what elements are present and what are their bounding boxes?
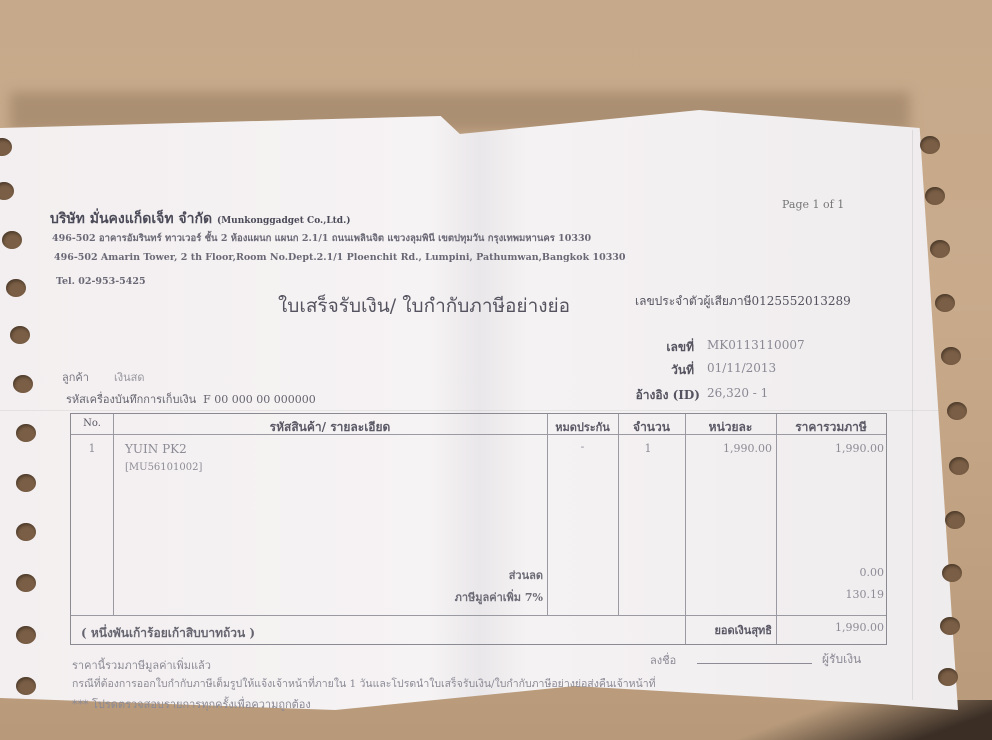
sprocket-hole (16, 424, 36, 442)
sprocket-hole (6, 279, 26, 297)
vat-label: ภาษีมูลค่าเพิ่ม 7% (371, 588, 543, 606)
row-total: 1,990.00 (776, 442, 884, 455)
company-name-th: บริษัท มั่นคงแก็ดเจ็ท จำกัด (50, 211, 212, 227)
company-name-en: (Munkonggadget Co.,Ltd.) (217, 216, 351, 226)
pos-id-label: รหัสเครื่องบันทึกการเก็บเงิน (66, 393, 196, 406)
reference-value: 26,320 - 1 (707, 386, 768, 400)
col-divider (113, 414, 114, 615)
th-unit-price: หน่วยละ (685, 418, 776, 437)
address-th: 496-502 อาคารอัมรินทร์ ทาวเวอร์ ชั้น 2 ห… (52, 231, 591, 246)
page-indicator: Page 1 of 1 (782, 198, 844, 211)
telephone: Tel. 02-953-5425 (56, 276, 146, 287)
row-warranty: - (547, 440, 618, 453)
check-items-note: *** โปรดตรวจสอบรายการทุกครั้งเพื่อความถู… (72, 695, 311, 713)
sprocket-hole (938, 668, 958, 686)
tax-id-label: เลขประจำตัวผู้เสียภาษี (635, 294, 752, 308)
perforation-line (912, 130, 913, 700)
tax-id: เลขประจำตัวผู้เสียภาษี0125552013289 (635, 292, 851, 311)
row-qty: 1 (618, 442, 678, 455)
net-total-label: ยอดเงินสุทธิ (685, 621, 772, 639)
sprocket-hole (949, 457, 969, 475)
vat-included-note: ราคานี้รวมภาษีมูลค่าเพิ่มแล้ว (72, 656, 211, 674)
th-description: รหัสสินค้า/ รายละเอียด (113, 418, 547, 437)
company-name: บริษัท มั่นคงแก็ดเจ็ท จำกัด (Munkonggadg… (50, 208, 351, 230)
doc-number-label: เลขที่ (624, 338, 694, 357)
totals-divider (71, 615, 886, 616)
date-label: วันที่ (624, 361, 694, 380)
sprocket-hole (16, 626, 36, 644)
discount-label: ส่วนลด (371, 566, 543, 584)
sprocket-hole (920, 136, 940, 154)
row-no: 1 (71, 442, 113, 455)
receiver-label: ผู้รับเงิน (822, 650, 861, 669)
sprocket-hole (947, 402, 967, 420)
sprocket-hole (16, 523, 36, 541)
sprocket-hole (941, 347, 961, 365)
sprocket-hole (935, 294, 955, 312)
signature-line (697, 663, 812, 664)
row-item-name: YUIN PK2 (125, 442, 187, 456)
doc-number-value: MK0113110007 (707, 338, 805, 352)
document-title: ใบเสร็จรับเงิน/ ใบกำกับภาษีอย่างย่อ (278, 291, 570, 321)
sprocket-hole (940, 617, 960, 635)
th-no: No. (71, 418, 113, 429)
sprocket-hole (2, 231, 22, 249)
items-table: No. รหัสสินค้า/ รายละเอียด หมดประกัน จำน… (70, 413, 887, 645)
sign-label: ลงชื่อ (650, 651, 676, 669)
sprocket-hole (945, 511, 965, 529)
sprocket-hole (16, 474, 36, 492)
net-total-value: 1,990.00 (776, 621, 884, 634)
th-warranty: หมดประกัน (547, 418, 618, 436)
date-value: 01/11/2013 (707, 361, 776, 375)
full-invoice-note: กรณีที่ต้องการออกใบกำกับภาษีเต็มรูปให้แจ… (72, 675, 656, 692)
address-en: 496-502 Amarin Tower, 2 th Floor,Room No… (54, 252, 626, 263)
th-total: ราคารวมภาษี (776, 418, 886, 437)
pos-id-value: F 00 000 00 000000 (203, 393, 316, 406)
paper-fold (0, 410, 958, 411)
sprocket-hole (16, 677, 36, 695)
vat-value: 130.19 (776, 588, 884, 601)
row-item-code: [MU56101002] (125, 462, 202, 473)
reference-label: อ้างอิง (ID) (604, 386, 700, 405)
customer-label: ลูกค้า (62, 368, 89, 386)
th-qty: จำนวน (618, 418, 685, 437)
sprocket-hole (942, 564, 962, 582)
row-unit-price: 1,990.00 (685, 442, 772, 455)
sprocket-hole (16, 574, 36, 592)
sprocket-hole (10, 326, 30, 344)
customer-value: เงินสด (114, 368, 145, 386)
tax-id-value: 0125552013289 (752, 294, 851, 308)
sprocket-hole (930, 240, 950, 258)
sprocket-hole (925, 187, 945, 205)
pos-id: รหัสเครื่องบันทึกการเก็บเงิน F 00 000 00… (66, 390, 316, 408)
discount-value: 0.00 (776, 566, 884, 579)
sprocket-hole (13, 375, 33, 393)
amount-in-words: ( หนึ่งพันเก้าร้อยเก้าสิบบาทถ้วน ) (81, 624, 255, 643)
